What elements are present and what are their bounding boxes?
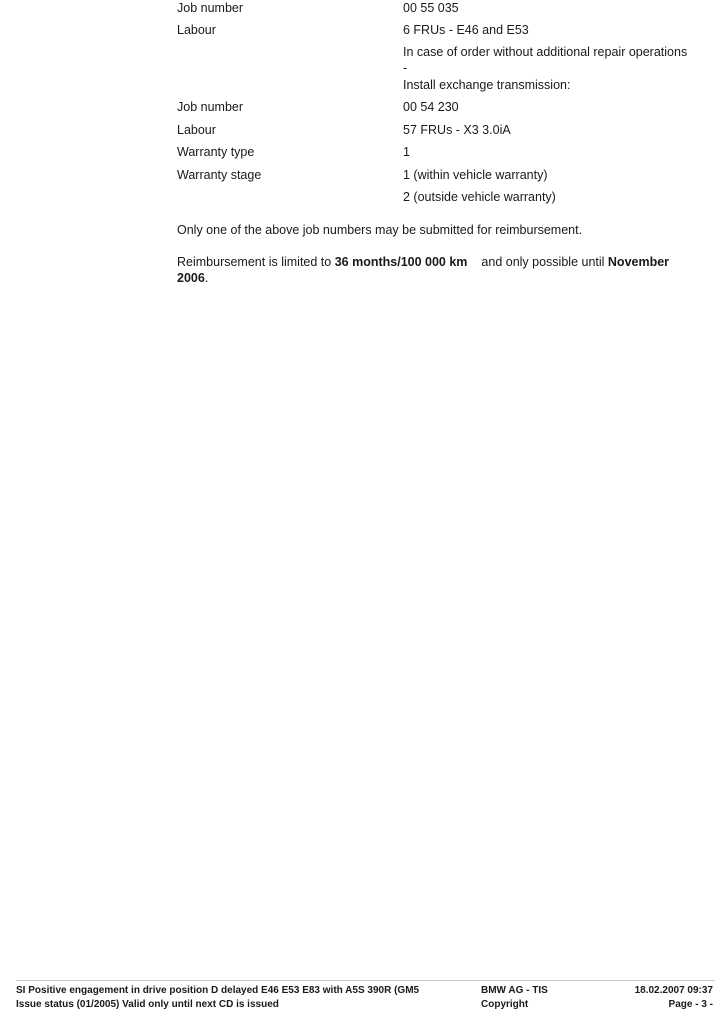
row-value: 00 54 230 (403, 99, 459, 115)
footer-issue-status: Issue status (01/2005) Valid only until … (16, 998, 279, 1011)
row-value: 2 (outside vehicle warranty) (403, 189, 556, 205)
row-label: Labour (177, 22, 216, 38)
reimb-limit: 36 months/100 000 km (335, 255, 468, 269)
footer-page-number: Page - 3 - (669, 998, 713, 1011)
footer-publisher: BMW AG - TIS (481, 984, 548, 997)
row-value: 57 FRUs - X3 3.0iA (403, 122, 511, 138)
footer-datetime: 18.02.2007 09:37 (635, 984, 713, 997)
footer-title: SI Positive engagement in drive position… (16, 984, 419, 997)
footer-divider (16, 980, 715, 981)
footer-copyright: Copyright (481, 998, 528, 1011)
reimb-prefix: Reimbursement is limited to (177, 255, 335, 269)
reimb-middle: and only possible until (481, 255, 607, 269)
row-value: 1 (within vehicle warranty) (403, 167, 548, 183)
row-value: 00 55 035 (403, 0, 459, 16)
note-reimbursement: Reimbursement is limited to 36 months/10… (177, 254, 687, 286)
row-label: Labour (177, 122, 216, 138)
reimb-suffix: . (205, 271, 208, 285)
row-value: Install exchange transmission: (403, 77, 570, 93)
row-label: Warranty type (177, 144, 254, 160)
note-only-one: Only one of the above job numbers may be… (177, 222, 687, 238)
row-label: Warranty stage (177, 167, 261, 183)
row-value: 6 FRUs - E46 and E53 (403, 22, 529, 38)
row-value: 1 (403, 144, 410, 160)
row-value: In case of order without additional repa… (403, 44, 687, 60)
row-label: Job number (177, 99, 243, 115)
row-value: - (403, 60, 407, 76)
row-label: Job number (177, 0, 243, 16)
